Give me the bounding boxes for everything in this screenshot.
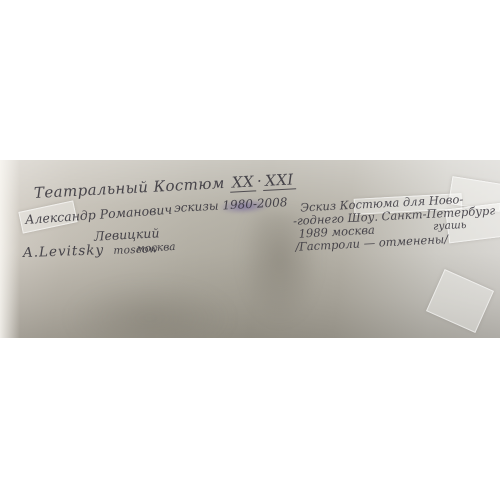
city-en: moscow xyxy=(113,243,158,257)
artwork-verso-photo: Театральный Костюм XX·XXI эскизы 1980-20… xyxy=(0,160,500,338)
page: Театральный Костюм XX·XXI эскизы 1980-20… xyxy=(0,0,500,500)
artist-latin-name: A.Levitsky xyxy=(23,242,105,261)
century-xx: XX xyxy=(229,172,256,192)
century-xxi: XXI xyxy=(263,170,296,191)
inscription-right-block: Эскиз Костюма для Ново- -годнего Шоу. Са… xyxy=(292,193,474,254)
paper-stain-bottom xyxy=(70,282,230,338)
